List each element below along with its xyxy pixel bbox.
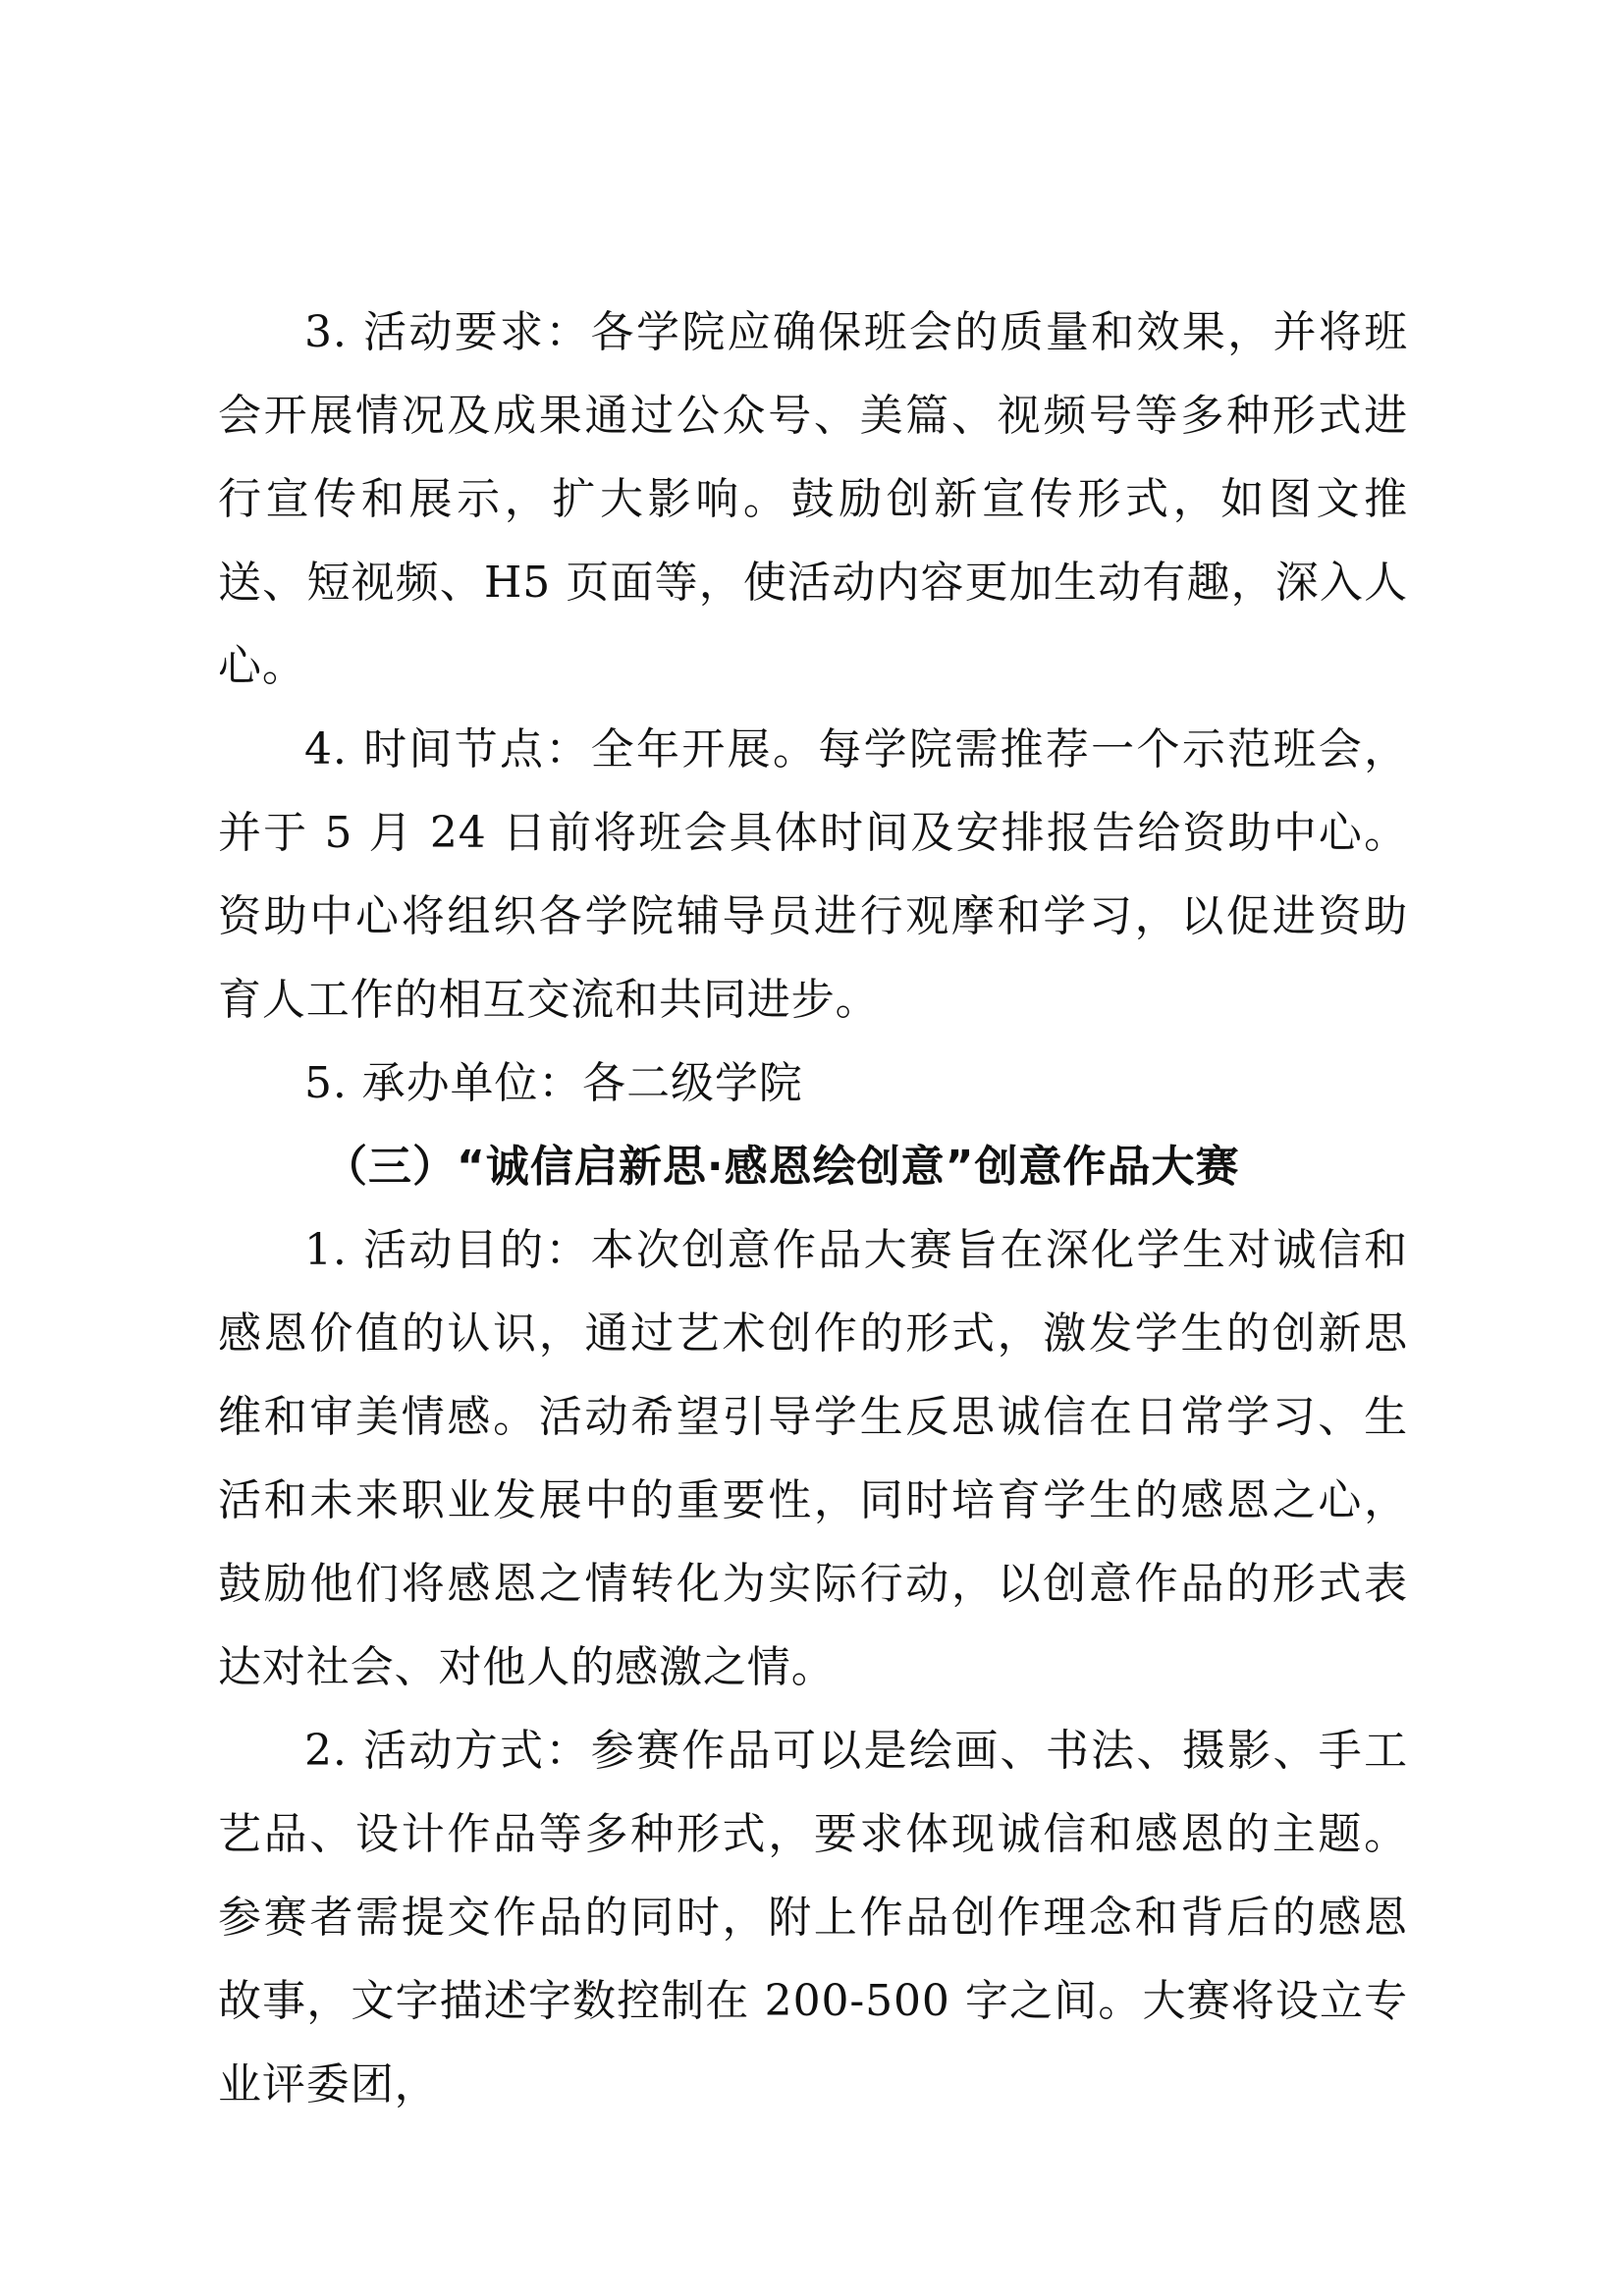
document-page: 3. 活动要求：各学院应确保班会的质量和效果，并将班会开展情况及成果通过公众号、… — [218, 291, 1408, 2126]
section-heading: （三）“诚信启新思·感恩绘创意”创意作品大赛 — [218, 1125, 1408, 1208]
paragraph-time-nodes: 4. 时间节点：全年开展。每学院需推荐一个示范班会，并于 5 月 24 日前将班… — [218, 708, 1408, 1041]
paragraph-organizer: 5. 承办单位：各二级学院 — [218, 1041, 1408, 1125]
paragraph-activity-requirements: 3. 活动要求：各学院应确保班会的质量和效果，并将班会开展情况及成果通过公众号、… — [218, 291, 1408, 708]
paragraph-activity-method: 2. 活动方式：参赛作品可以是绘画、书法、摄影、手工艺品、设计作品等多种形式，要… — [218, 1709, 1408, 2126]
paragraph-activity-purpose: 1. 活动目的：本次创意作品大赛旨在深化学生对诚信和感恩价值的认识，通过艺术创作… — [218, 1208, 1408, 1709]
